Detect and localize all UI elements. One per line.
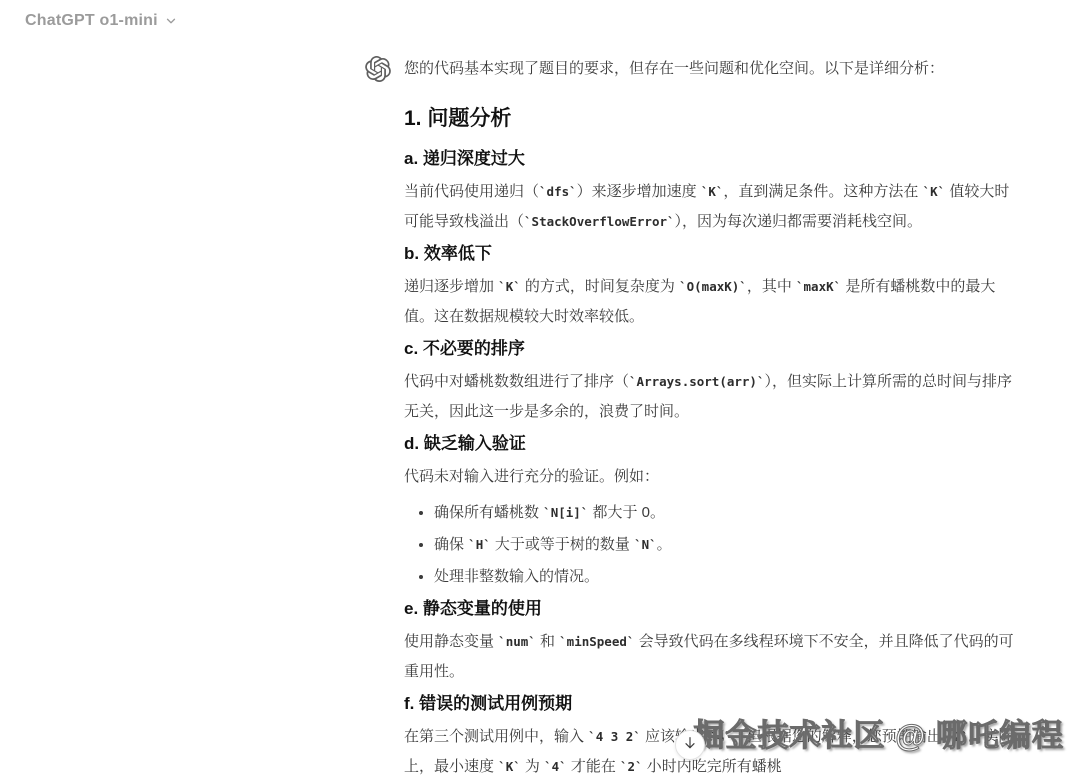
model-label: ChatGPT o1-mini	[25, 12, 158, 30]
scroll-to-bottom-button[interactable]	[675, 730, 705, 760]
inline-code: `K`	[701, 184, 724, 199]
inline-code: `N`	[634, 537, 657, 552]
bullet-item: 处理非整数输入的情况。	[434, 562, 1020, 592]
bullet-list: 确保所有蟠桃数 `N[i]` 都大于 0。确保 `H` 大于或等于树的数量 `N…	[404, 498, 1020, 592]
inline-code: `Arrays.sort(arr)`	[629, 374, 764, 389]
inline-code: `4 3 2`	[588, 729, 641, 744]
analysis-section: d. 缺乏输入验证代码未对输入进行充分的验证。例如：确保所有蟠桃数 `N[i]`…	[404, 433, 1020, 592]
inline-code: `N[i]`	[543, 505, 588, 520]
chevron-down-icon	[164, 14, 178, 28]
section-heading: d. 缺乏输入验证	[404, 433, 1020, 455]
inline-code: `minSpeed`	[559, 634, 634, 649]
inline-code: `dfs`	[539, 184, 577, 199]
section-heading: e. 静态变量的使用	[404, 598, 1020, 620]
inline-code: `K`	[498, 759, 521, 771]
inline-code: `StackOverflowError`	[524, 214, 675, 229]
analysis-title: 1. 问题分析	[404, 106, 1020, 132]
analysis-section: c. 不必要的排序代码中对蟠桃数数组进行了排序（`Arrays.sort(arr…	[404, 338, 1020, 427]
analysis-section: a. 递归深度过大当前代码使用递归（`dfs`）来逐步增加速度 `K`，直到满足…	[404, 148, 1020, 237]
section-heading: a. 递归深度过大	[404, 148, 1020, 170]
model-selector[interactable]: ChatGPT o1-mini	[25, 12, 178, 30]
arrow-down-icon	[682, 735, 698, 756]
analysis-sections: a. 递归深度过大当前代码使用递归（`dfs`）来逐步增加速度 `K`，直到满足…	[404, 148, 1020, 771]
assistant-message: 您的代码基本实现了题目的要求，但存在一些问题和优化空间。以下是详细分析： 1. …	[365, 54, 1020, 771]
analysis-section: b. 效率低下递归逐步增加 `K` 的方式，时间复杂度为 `O(maxK)`，其…	[404, 243, 1020, 332]
paragraph: 当前代码使用递归（`dfs`）来逐步增加速度 `K`，直到满足条件。这种方法在 …	[404, 177, 1020, 237]
inline-code: `H`	[468, 537, 491, 552]
message-content: 您的代码基本实现了题目的要求，但存在一些问题和优化空间。以下是详细分析： 1. …	[404, 54, 1020, 771]
section-heading: c. 不必要的排序	[404, 338, 1020, 360]
paragraph: 代码中对蟠桃数数组进行了排序（`Arrays.sort(arr)`），但实际上计…	[404, 367, 1020, 427]
openai-logo-icon	[365, 56, 391, 82]
paragraph: 使用静态变量 `num` 和 `minSpeed` 会导致代码在多线程环境下不安…	[404, 627, 1020, 687]
inline-code: `K`	[923, 184, 946, 199]
inline-code: `num`	[498, 634, 536, 649]
section-heading: b. 效率低下	[404, 243, 1020, 265]
paragraph: 代码未对输入进行充分的验证。例如：	[404, 462, 1020, 492]
inline-code: `4`	[544, 759, 567, 771]
bullet-item: 确保所有蟠桃数 `N[i]` 都大于 0。	[434, 498, 1020, 528]
intro-paragraph: 您的代码基本实现了题目的要求，但存在一些问题和优化空间。以下是详细分析：	[404, 54, 1020, 84]
inline-code: `maxK`	[796, 279, 841, 294]
inline-code: `2`	[620, 759, 643, 771]
inline-code: `K`	[498, 279, 521, 294]
watermark: 掘金技术社区 @ 哪吒编程	[694, 710, 1064, 755]
paragraph: 递归逐步增加 `K` 的方式，时间复杂度为 `O(maxK)`，其中 `maxK…	[404, 272, 1020, 332]
bullet-item: 确保 `H` 大于或等于树的数量 `N`。	[434, 530, 1020, 560]
inline-code: `O(maxK)`	[679, 279, 747, 294]
analysis-section: e. 静态变量的使用使用静态变量 `num` 和 `minSpeed` 会导致代…	[404, 598, 1020, 687]
